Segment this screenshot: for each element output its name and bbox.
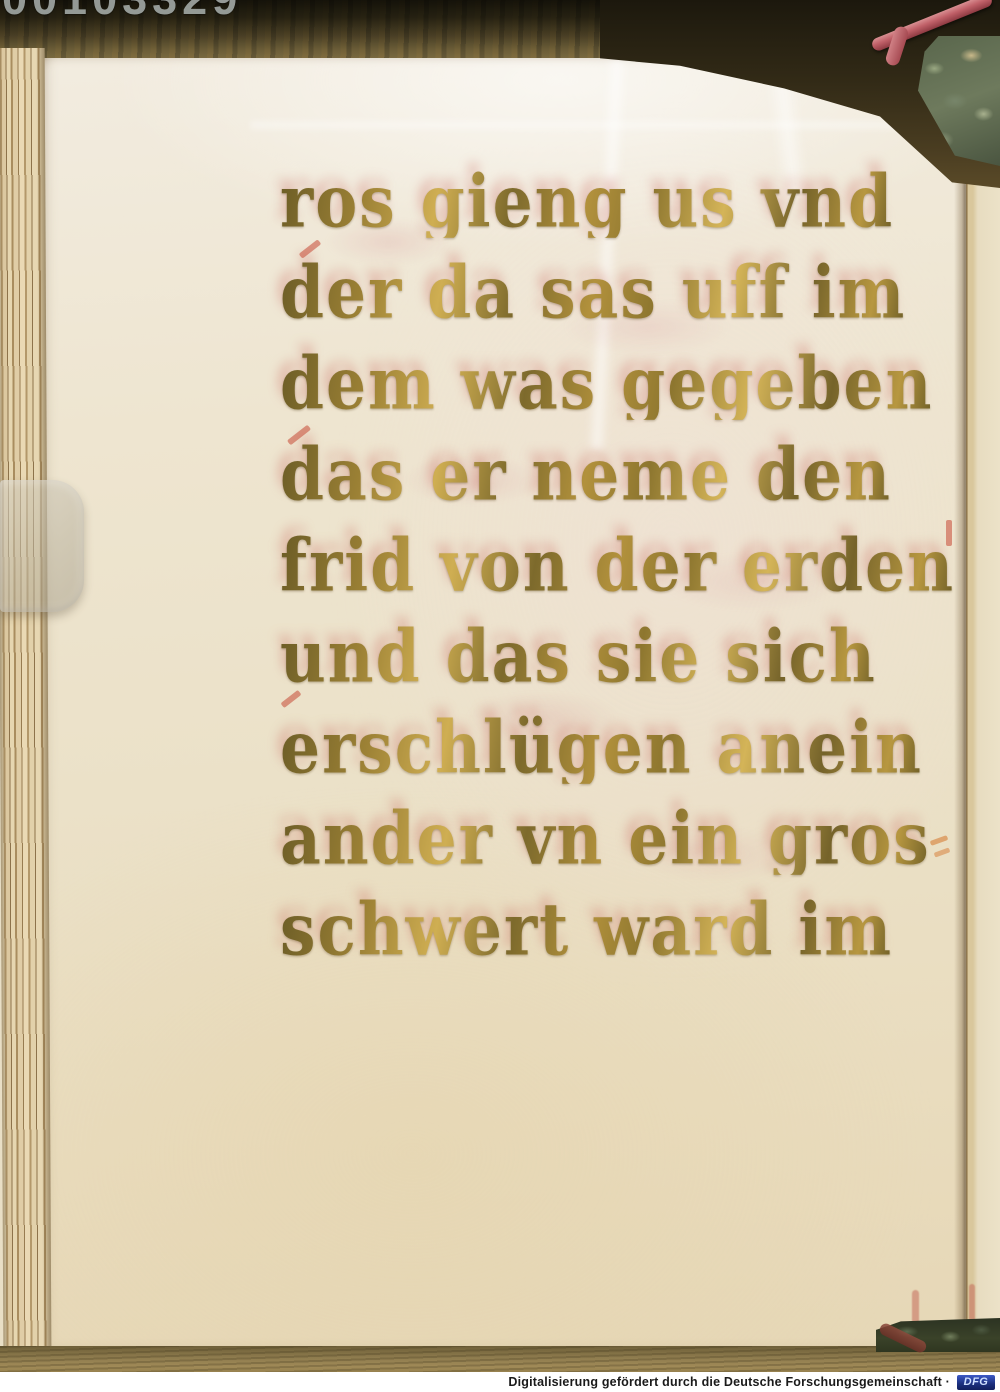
line-gold-text: das er neme den bbox=[280, 439, 892, 511]
book-bottom-cover bbox=[0, 1346, 1000, 1372]
manuscript-line: schwert ward im schwert ward im bbox=[280, 890, 970, 981]
text-block: ros gieng us vnd ros gieng us vnd der da… bbox=[280, 162, 970, 981]
line-gold-text: ros gieng us vnd bbox=[280, 166, 894, 238]
manuscript-line: und das sie sich und das sie sich bbox=[280, 617, 970, 708]
digitization-credit-text: Digitalisierung gefördert durch die Deut… bbox=[508, 1375, 950, 1389]
red-ink-drip bbox=[912, 1290, 919, 1326]
page-holder-clip bbox=[0, 480, 84, 612]
manuscript-line: erschlügen anein erschlügen anein bbox=[280, 708, 970, 799]
line-gold-text: und das sie sich bbox=[280, 621, 877, 693]
manuscript-scan: ros gieng us vnd ros gieng us vnd der da… bbox=[0, 0, 1000, 1392]
line-gold-text: der da sas uff im bbox=[280, 257, 906, 329]
scan-id-overlay: 00103329 bbox=[2, 0, 242, 25]
line-gold-text: dem was gegeben bbox=[280, 348, 933, 420]
marbled-headband bbox=[918, 36, 1000, 166]
manuscript-line: das er neme den das er neme den bbox=[280, 435, 970, 526]
facing-page-edge bbox=[966, 96, 1000, 1340]
caption-bar: Digitalisierung gefördert durch die Deut… bbox=[0, 1372, 1000, 1392]
gutter-crease bbox=[954, 108, 967, 1338]
page-edges-stack bbox=[0, 48, 51, 1352]
line-gold-text: frid von der erden bbox=[280, 530, 955, 602]
manuscript-line: ros gieng us vnd ros gieng us vnd bbox=[280, 162, 970, 253]
line-gold-text: ander vn ein gros bbox=[280, 803, 931, 875]
dfg-logo: DFG bbox=[957, 1375, 995, 1390]
manuscript-line: ander vn ein gros ander vn ein gros bbox=[280, 799, 970, 890]
line-gold-text: schwert ward im bbox=[280, 894, 893, 966]
manuscript-line: dem was gegeben dem was gegeben bbox=[280, 344, 970, 435]
manuscript-line: frid von der erden frid von der erden bbox=[280, 526, 970, 617]
red-ink-mark bbox=[946, 520, 952, 546]
page-crease bbox=[250, 118, 910, 132]
line-gold-text: erschlügen anein bbox=[280, 712, 923, 784]
manuscript-line: der da sas uff im der da sas uff im bbox=[280, 253, 970, 344]
